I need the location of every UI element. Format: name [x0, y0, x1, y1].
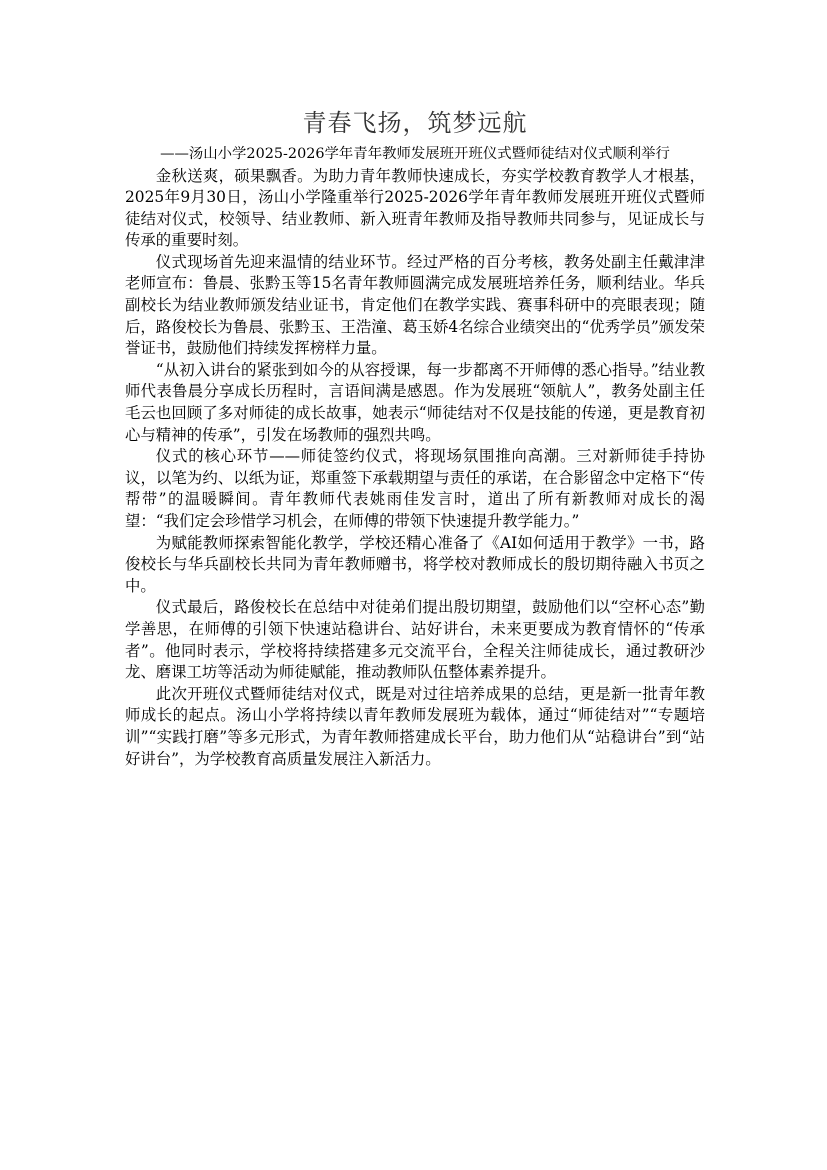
- document-subtitle: ——汤山小学2025-2026学年青年教师发展班开班仪式暨师徒结对仪式顺利举行: [125, 144, 705, 166]
- paragraph-conclusion: 此次开班仪式暨师徒结对仪式，既是对过往培养成果的总结，更是新一批青年教师成长的起…: [125, 684, 705, 770]
- paragraph-graduation: 仪式现场首先迎来温情的结业环节。经过严格的百分考核，教务处副主任戴津津老师宣布：…: [125, 252, 705, 360]
- document-page: 青春飞扬，筑梦远航 ——汤山小学2025-2026学年青年教师发展班开班仪式暨师…: [125, 106, 705, 770]
- paragraph-testimonial: “从初入讲台的紧张到如今的从容授课，每一步都离不开师傅的悉心指导。”结业教师代表…: [125, 360, 705, 446]
- paragraph-signing: 仪式的核心环节——师徒签约仪式，将现场氛围推向高潮。三对新师徒手持协议，以笔为约…: [125, 446, 705, 532]
- document-title: 青春飞扬，筑梦远航: [125, 106, 705, 140]
- paragraph-closing-speech: 仪式最后，路俊校长在总结中对徒弟们提出殷切期望，鼓励他们以“空杯心态”勤学善思，…: [125, 597, 705, 683]
- paragraph-intro: 金秋送爽，硕果飘香。为助力青年教师快速成长，夯实学校教育教学人才根基，2025年…: [125, 166, 705, 252]
- paragraph-book-gift: 为赋能教师探索智能化教学，学校还精心准备了《AI如何适用于教学》一书，路俊校长与…: [125, 533, 705, 598]
